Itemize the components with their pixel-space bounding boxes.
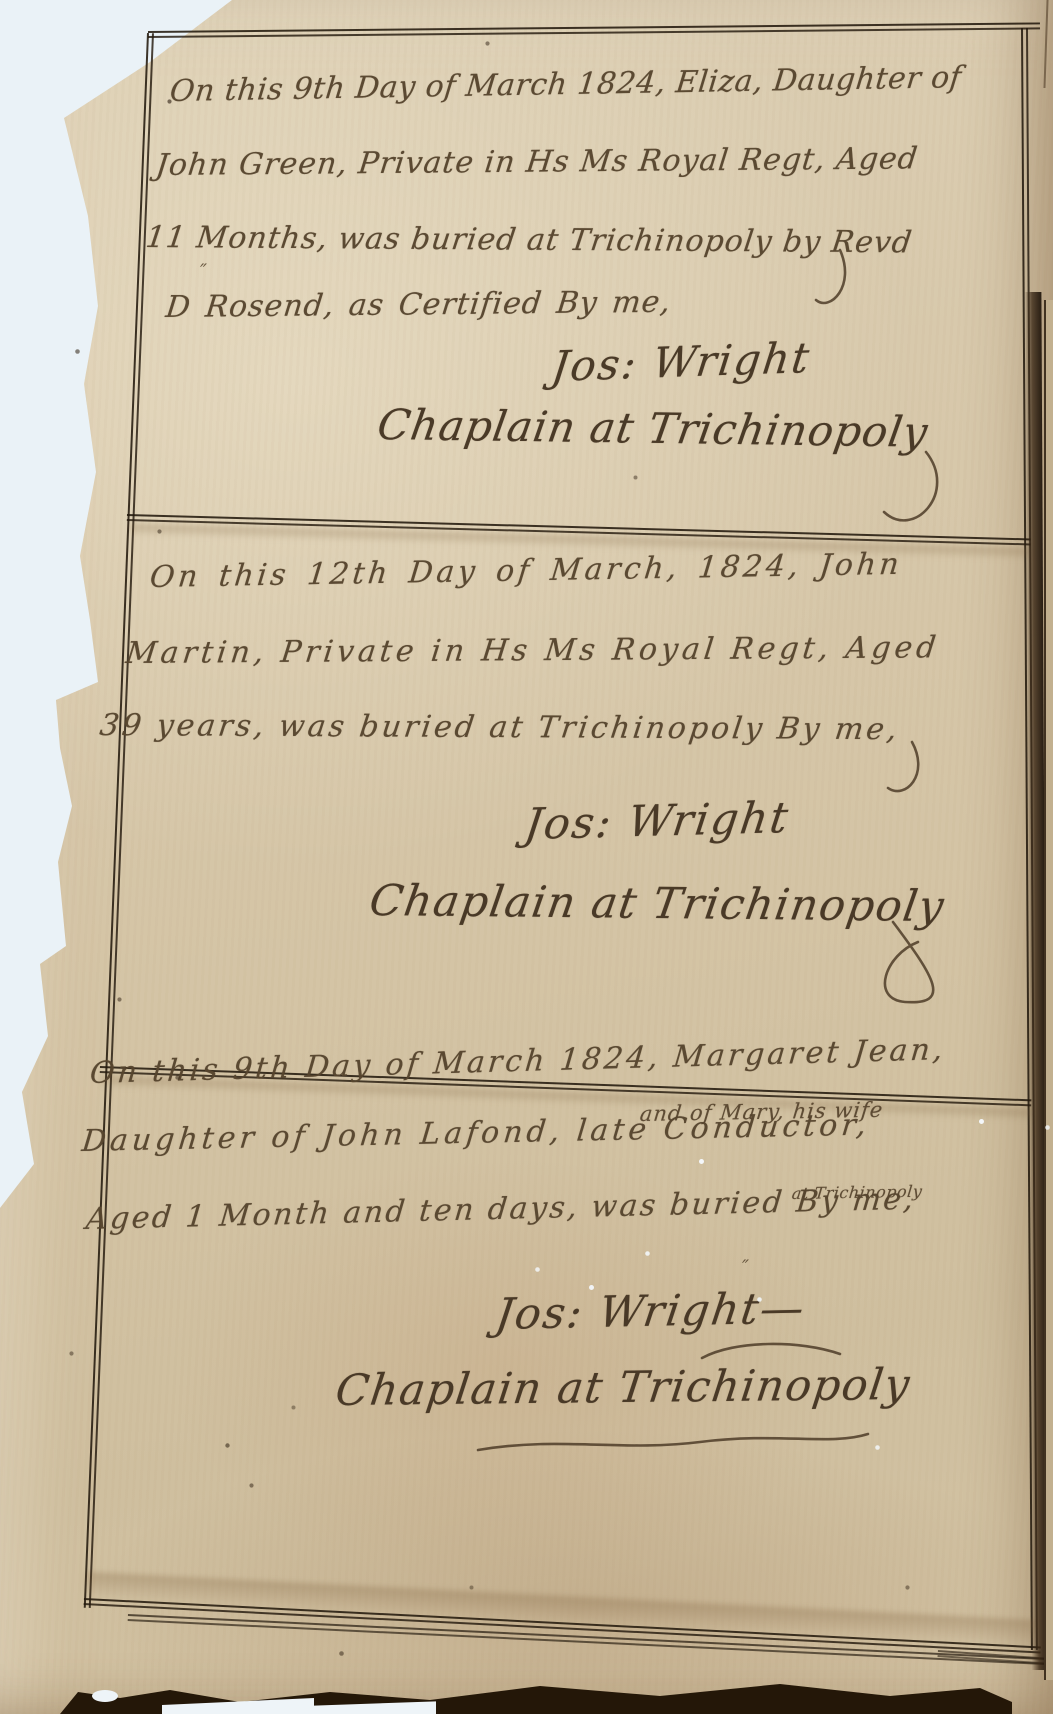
paper-holes	[0, 0, 3, 3]
chaplain-signature: Jos: Wright	[522, 793, 793, 850]
entry-line: Martin, Private in Hs Ms Royal Regt, Age…	[124, 630, 942, 671]
chaplain-title: Chaplain at Trichinopoly	[366, 876, 948, 932]
chaplain-title: Chaplain at Trichinopoly	[374, 400, 931, 457]
ditto-mark: ″	[742, 1256, 749, 1278]
adjacent-page-edge	[1044, 300, 1053, 1680]
background-gap	[92, 1690, 118, 1702]
entry-line: 11 Months, was buried at Trichinopoly by…	[144, 220, 915, 260]
scanned-register-photo: On this 9th Day of March 1824, Eliza, Da…	[0, 0, 1053, 1714]
ditto-mark: ″	[200, 260, 207, 282]
chaplain-title: Chaplain at Trichinopoly	[333, 1360, 914, 1416]
entry-line: 39 years, was buried at Trichinopoly By …	[98, 708, 902, 747]
chaplain-signature: Jos: Wright	[549, 333, 814, 391]
entry-line: D Rosend, as Certified By me,	[164, 285, 673, 325]
entry-line: John Green, Private in Hs Ms Royal Regt,…	[154, 141, 920, 183]
chaplain-signature: Jos: Wright—	[493, 1283, 809, 1340]
